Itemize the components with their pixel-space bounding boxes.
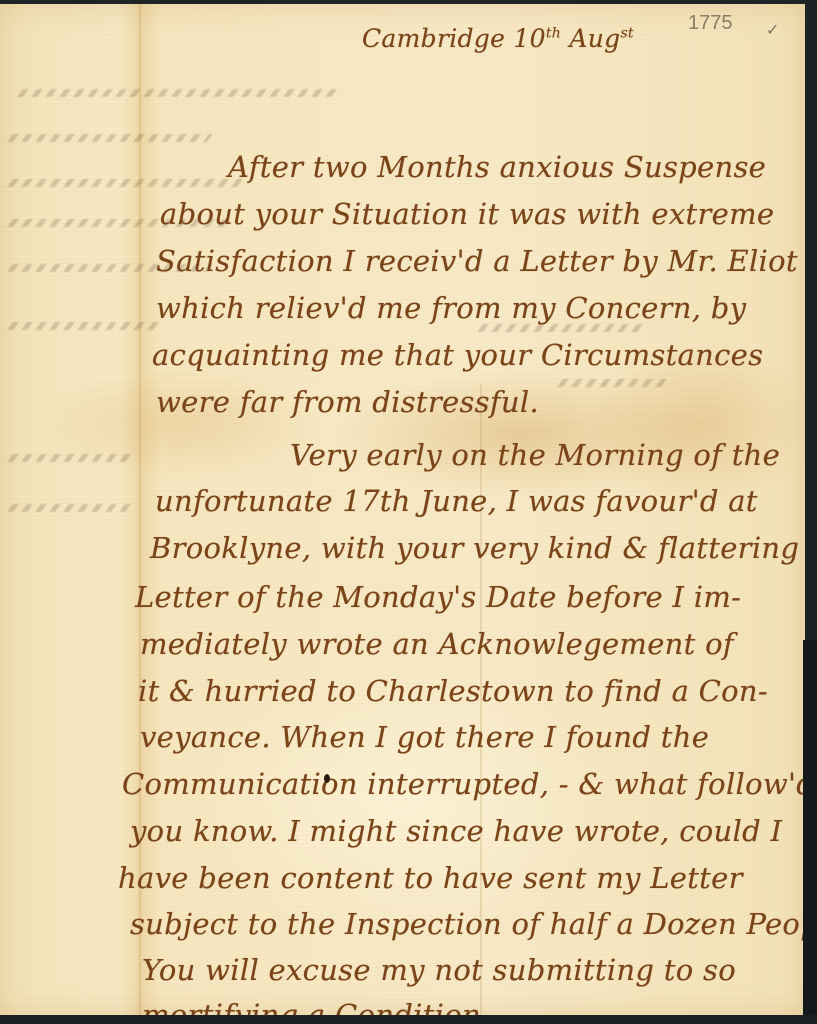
dateline: Cambridge 10th Augst: [362, 24, 634, 53]
dateline-place: Cambridge: [362, 24, 505, 53]
page-edge-shadow: [803, 640, 817, 1024]
letter-line: have been content to have sent my Letter: [118, 861, 743, 895]
letter-line: Brooklyne, with your very kind & flatter…: [150, 531, 799, 565]
letter-line: which reliev'd me from my Concern, by: [156, 291, 746, 325]
ink-blot: [324, 774, 330, 783]
show-through-ink: [7, 504, 133, 512]
check-mark-icon: ✓: [766, 20, 779, 40]
letter-line: were far from distressful.: [156, 385, 539, 419]
show-through-ink: [477, 324, 643, 332]
letter-line: Satisfaction I receiv'd a Letter by Mr. …: [156, 244, 798, 278]
show-through-ink: [7, 322, 163, 330]
dateline-day: 10: [513, 24, 545, 53]
letter-line: acquainting me that your Circumstances: [152, 338, 763, 372]
dateline-month-suffix: st: [620, 26, 633, 42]
letter-line: Letter of the Monday's Date before I im-: [135, 580, 741, 614]
letter-line: unfortunate 17th June, I was favour'd at: [155, 484, 758, 518]
archival-year-annotation: 1775: [688, 12, 733, 35]
letter-line: veyance. When I got there I found the: [140, 720, 709, 754]
letter-line: mediately wrote an Acknowlegement of: [140, 627, 734, 661]
show-through-ink: [7, 134, 213, 142]
letter-line: you know. I might since have wrote, coul…: [130, 814, 782, 848]
letter-line: After two Months anxious Suspense: [228, 150, 766, 184]
letter-page: Cambridge 10th Augst 1775 ✓ After two Mo…: [0, 4, 805, 1016]
letter-line: Very early on the Morning of the: [290, 438, 780, 472]
letter-line: about your Situation it was with extreme: [160, 197, 774, 231]
show-through-ink: [7, 179, 243, 187]
page-bottom-edge: [0, 1015, 817, 1024]
letter-line: You will excuse my not submitting to so: [142, 953, 736, 987]
show-through-ink: [557, 379, 673, 387]
dateline-day-suffix: th: [546, 26, 561, 42]
dateline-month: Aug: [569, 24, 620, 53]
show-through-ink: [17, 89, 343, 97]
show-through-ink: [7, 454, 133, 462]
letter-line: subject to the Inspection of half a Doze…: [130, 907, 817, 941]
letter-line: it & hurried to Charlestown to find a Co…: [138, 674, 768, 708]
letter-line: Communication interrupted, - & what foll…: [122, 767, 815, 801]
